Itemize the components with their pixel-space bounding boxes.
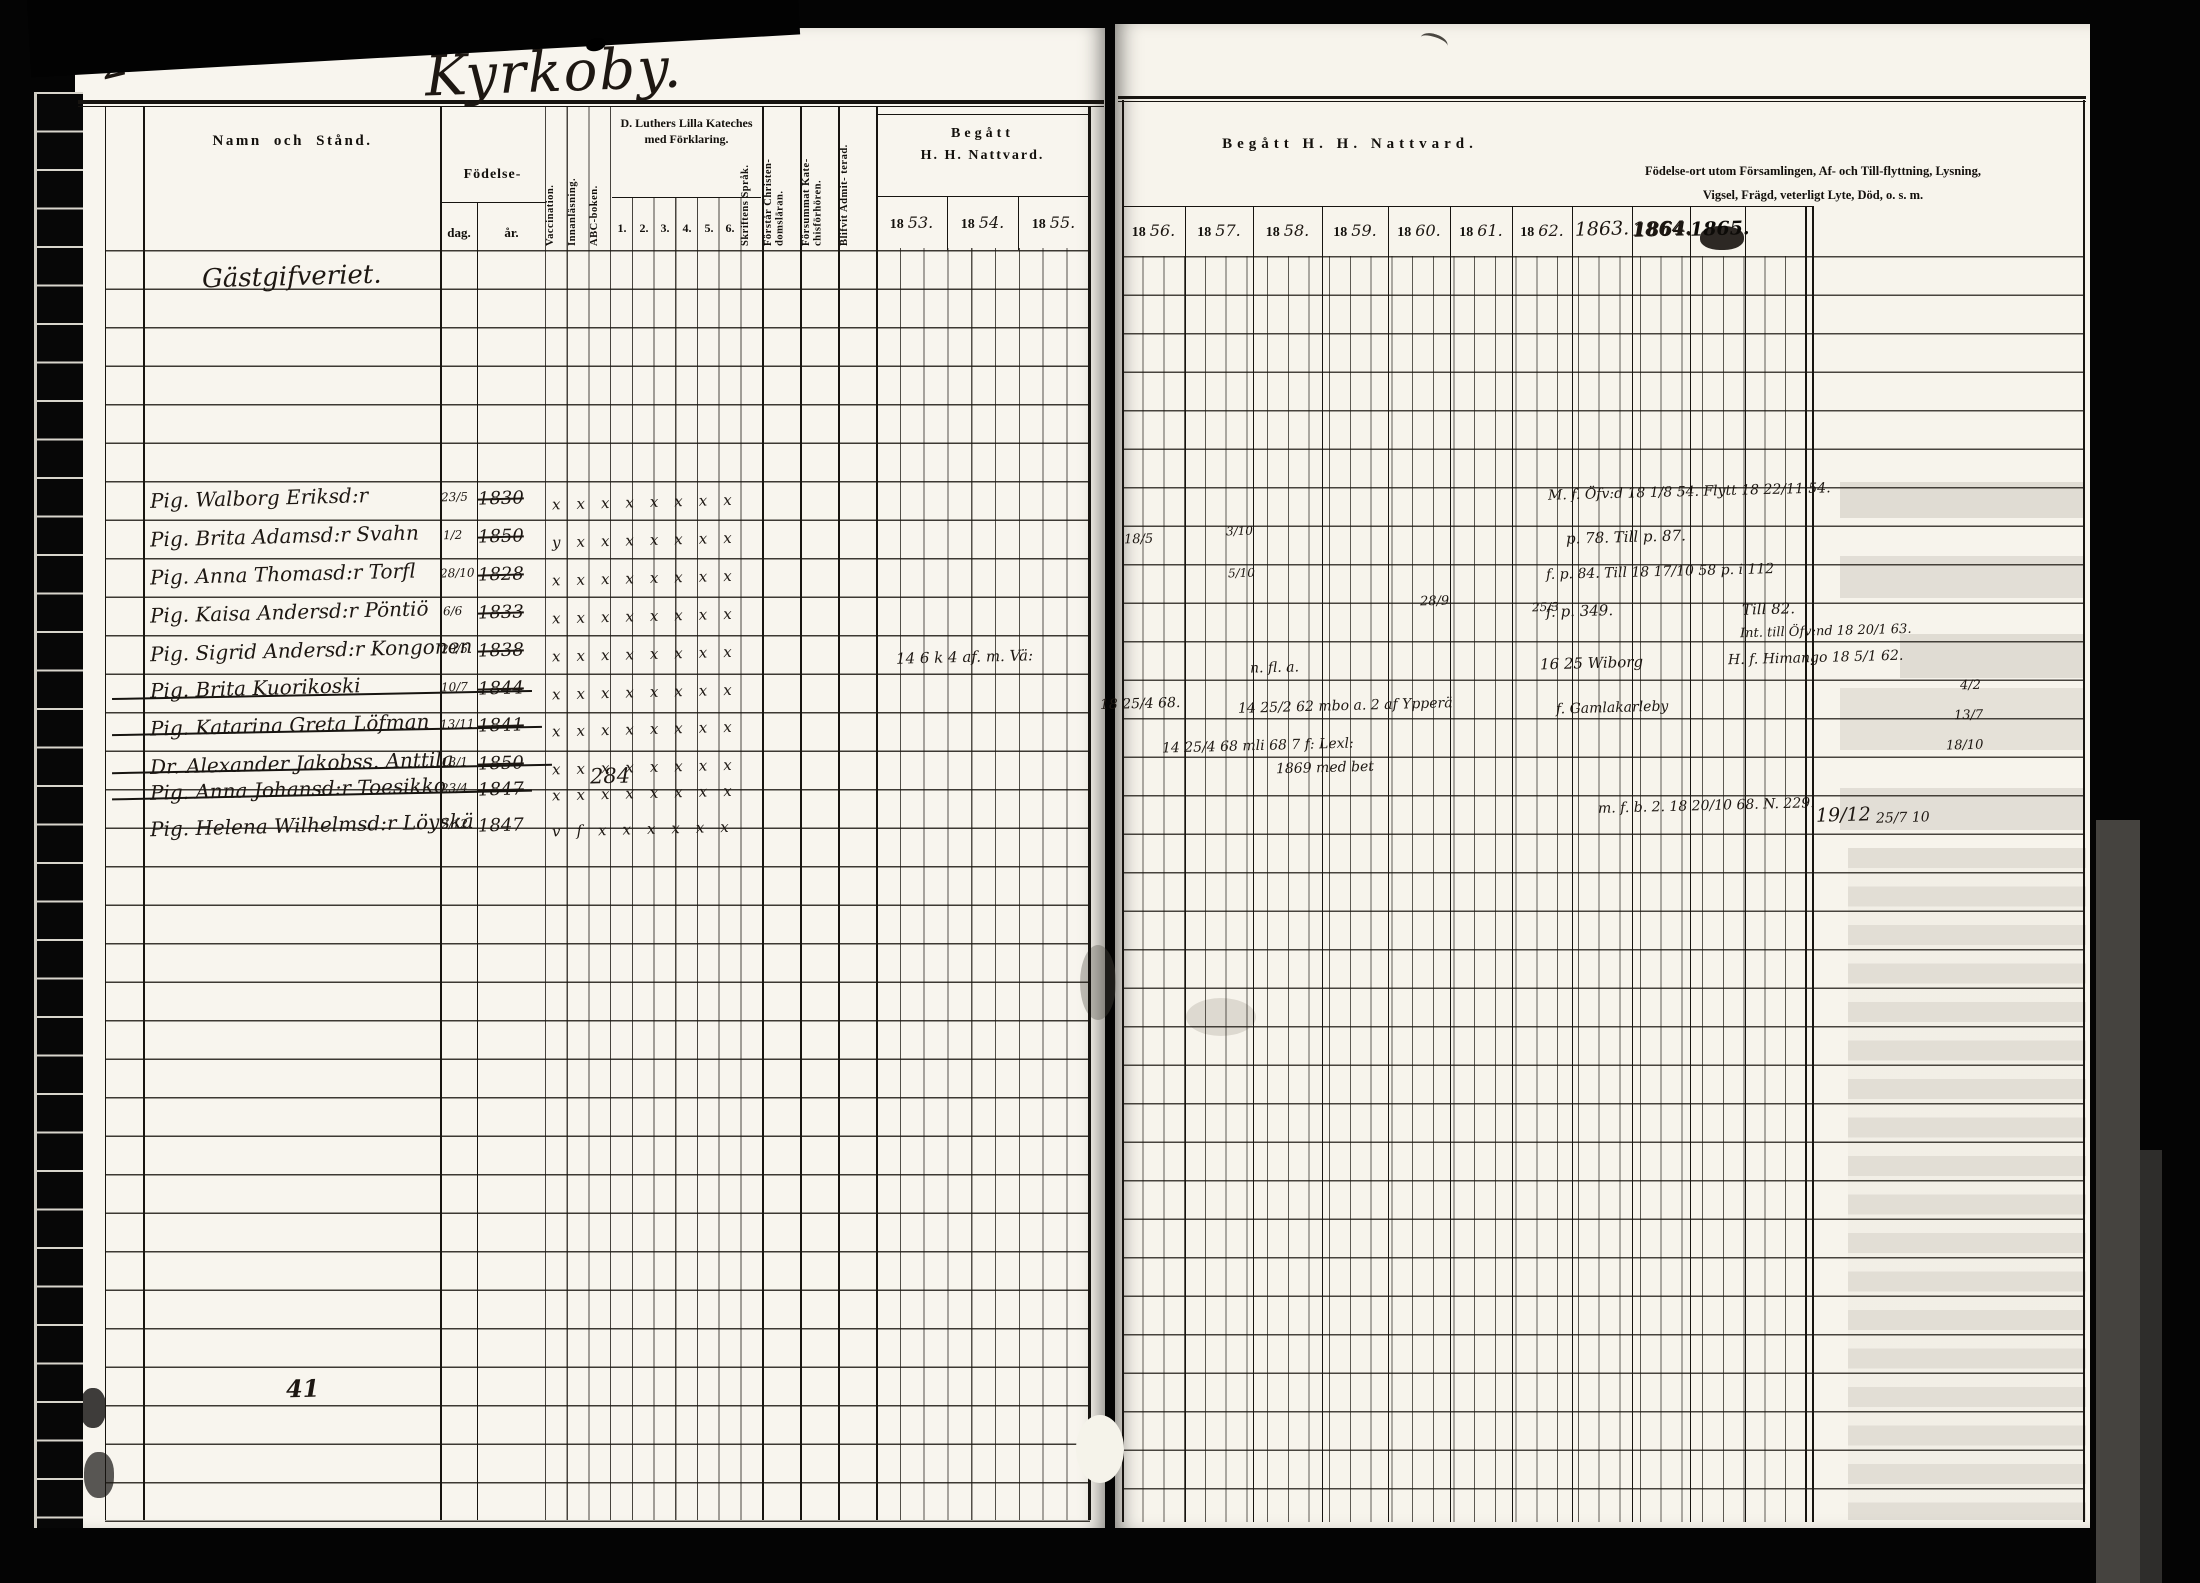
row-birth-year: 1844 (478, 677, 524, 699)
row-birth-year: 1850 (478, 525, 524, 547)
notes-column-header-line2: Vigsel, Frägd, veterligt Lyte, Död, o. s… (1562, 188, 2064, 203)
rule (1122, 100, 1124, 1522)
year-printed-prefix: 18 (961, 217, 975, 232)
year-cell: 18 53. (876, 213, 947, 233)
right-communion-grid (1122, 256, 1806, 1522)
column-header-catechism: D. Luthers Lilla Kateches med Förklaring… (613, 116, 760, 147)
handwritten-note: 19/12 (1816, 803, 1871, 826)
rule (2083, 100, 2085, 1522)
year-printed-prefix: 18 (1459, 225, 1473, 240)
handwritten-note: 18/10 (1946, 738, 1984, 754)
year-printed-prefix: 18 (1032, 217, 1046, 232)
catechism-subcolumn-3: 3. (654, 221, 676, 236)
rule (1185, 206, 1186, 1522)
handwritten-note: p. 78. Till p. 87. (1566, 526, 1686, 547)
rule (838, 106, 840, 1520)
rule (1632, 206, 1633, 1522)
handwritten-note: 5/10 (1228, 566, 1255, 581)
row-birth-year: 1833 (478, 601, 524, 623)
year-printed-prefix: 18 (1266, 225, 1280, 240)
column-header-vaccination: Vaccination. (545, 108, 567, 246)
handwritten-note: n. fl. a. (1250, 659, 1299, 676)
year-printed-prefix: 18 (1333, 225, 1347, 240)
row-birth-year: 1838 (478, 639, 524, 661)
column-header-name: Namn och Stånd. (145, 133, 440, 150)
year-handwritten-suffix: 58. (1284, 221, 1309, 240)
row-birth-year: 1847 (478, 814, 524, 836)
handwritten-note: 28/9 (1420, 594, 1450, 610)
handwritten-note: 25/7 10 (1876, 809, 1930, 826)
catechism-subcolumn-6: 6. (719, 221, 741, 236)
year-cell: 18 57. (1185, 221, 1253, 241)
rule (1122, 206, 1812, 207)
row-birth-year: 1830 (478, 487, 524, 509)
notes-column-header-line1: Födelse-ort utom Församlingen, Af- och T… (1562, 164, 2064, 179)
ink-smudge (80, 1388, 106, 1428)
right-margin-band (2096, 820, 2140, 1583)
handwritten-note: f. p. 349. (1546, 601, 1614, 621)
catechism-subcolumn-5: 5. (698, 221, 720, 236)
handwritten-note: 1869 med bet (1276, 759, 1374, 778)
column-header-understands-doctrine: Förstår Christen- domsläran. (763, 108, 800, 246)
communion-header-left-line2: H. H. Nattvard. (876, 148, 1089, 164)
rule (440, 202, 546, 203)
year-cell: 18 56. (1122, 221, 1185, 241)
year-handwritten-suffix: 57. (1215, 221, 1240, 240)
handwritten-note: 18 25/4 68. (1100, 695, 1181, 713)
handwritten-note: 284 (590, 763, 631, 788)
rule (1745, 206, 1746, 1522)
catechism-subcolumn-4: 4. (676, 221, 698, 236)
handwritten-note: f. Gamlakarleby (1556, 699, 1669, 718)
year-cell: 18 54. (947, 213, 1018, 233)
column-header-birth-year: år. (478, 225, 545, 241)
year-printed-prefix: 18 (1197, 225, 1211, 240)
book-binding-edge (34, 92, 83, 1528)
rule (78, 106, 1104, 107)
section-heading: Gästgifveriet. (202, 260, 382, 295)
year-cell: 18 61. (1450, 221, 1512, 241)
handwritten-note: 41 (286, 1374, 320, 1404)
rule (876, 106, 878, 1520)
year-handwritten-suffix: 59. (1351, 221, 1376, 240)
rule (1388, 206, 1389, 1522)
year-handwritten-suffix: 61. (1477, 221, 1502, 240)
catechism-subcolumn-1: 1. (611, 221, 633, 236)
rule (1088, 106, 1091, 1520)
year-handwritten-suffix: 54. (979, 213, 1004, 232)
column-header-admitted: Blifvit Admit- terad. (839, 108, 876, 246)
row-birth-year: 1828 (478, 563, 524, 585)
row-birth-day: 1/2 (443, 528, 463, 543)
year-cell: 18 60. (1388, 221, 1450, 241)
rule (876, 114, 1089, 115)
column-header-reading: Innanläsning. (567, 108, 589, 246)
row-birth-day: 20/5 (441, 642, 468, 657)
rule (1118, 96, 2086, 99)
column-header-missed-examination: Försummat Kate- chisförhören. (801, 108, 838, 246)
handwritten-note: 18/5 (1124, 532, 1154, 548)
year-handwritten: 1865. (1690, 217, 1746, 240)
handwritten-note: 13/7 (1954, 708, 1984, 724)
handwritten-note: 3/10 (1226, 524, 1253, 539)
rule (477, 203, 478, 1520)
row-birth-day: 6/6 (443, 604, 463, 619)
rule (1805, 206, 1807, 1522)
handwritten-note: 4/2 (1960, 678, 1981, 694)
communion-header-right: Begått H. H. Nattvard. (1140, 136, 1560, 153)
rule (1572, 206, 1573, 1522)
right-margin-band (2140, 1150, 2162, 1583)
rule (876, 196, 1089, 197)
year-cell: 18 59. (1322, 221, 1388, 241)
rule (1812, 206, 1814, 1522)
rule (1253, 206, 1254, 1522)
row-birth-day: 2/12 (441, 817, 468, 832)
handwritten-note: 16 25 Wiborg (1540, 653, 1644, 674)
year-handwritten-suffix: 56. (1150, 221, 1175, 240)
rule (143, 106, 145, 1520)
year-printed-prefix: 18 (1520, 225, 1534, 240)
year-handwritten-suffix: 55. (1050, 213, 1075, 232)
communion-header-left-line1: Begått (876, 126, 1089, 142)
year-handwritten-suffix: 62. (1538, 221, 1563, 240)
year-handwritten-suffix: 60. (1415, 221, 1440, 240)
column-header-birth: Födelse- (440, 167, 545, 183)
year-cell: 18 58. (1253, 221, 1322, 241)
rule (762, 106, 764, 1520)
year-cell: 18 62. (1512, 221, 1572, 241)
rule (1118, 101, 2086, 102)
rule (105, 106, 106, 1520)
rule (1690, 206, 1691, 1522)
year-printed-prefix: 18 (890, 217, 904, 232)
column-header-abc-book: ABC-boken. (589, 108, 611, 246)
scanned-parish-register-spread: Namn och Stånd. Födelse- dag. år. Vaccin… (0, 0, 2200, 1583)
rule (1450, 206, 1451, 1522)
year-handwritten-suffix: 53. (908, 213, 933, 232)
rule (1322, 206, 1323, 1522)
left-communion-grid (876, 248, 1091, 1520)
year-handwritten: 1864. (1632, 217, 1691, 241)
rule (800, 106, 802, 1520)
left-subcolumn-grid (545, 106, 763, 1520)
rule (1512, 206, 1513, 1522)
handwritten-note: 14 6 k 4 af. m. Vä: (896, 646, 1033, 668)
year-printed-prefix: 18 (1132, 225, 1146, 240)
year-printed-prefix: 18 (1397, 225, 1411, 240)
row-birth-day: 28/10 (440, 566, 475, 581)
year-cell: 18 55. (1018, 213, 1089, 233)
white-blob (1076, 1415, 1124, 1483)
year-handwritten: 1863. (1572, 217, 1633, 241)
catechism-subcolumn-2: 2. (633, 221, 655, 236)
row-birth-day: 23/5 (441, 490, 468, 505)
handwritten-note: Till 82. (1742, 599, 1795, 618)
column-header-birth-day: dag. (440, 225, 478, 241)
